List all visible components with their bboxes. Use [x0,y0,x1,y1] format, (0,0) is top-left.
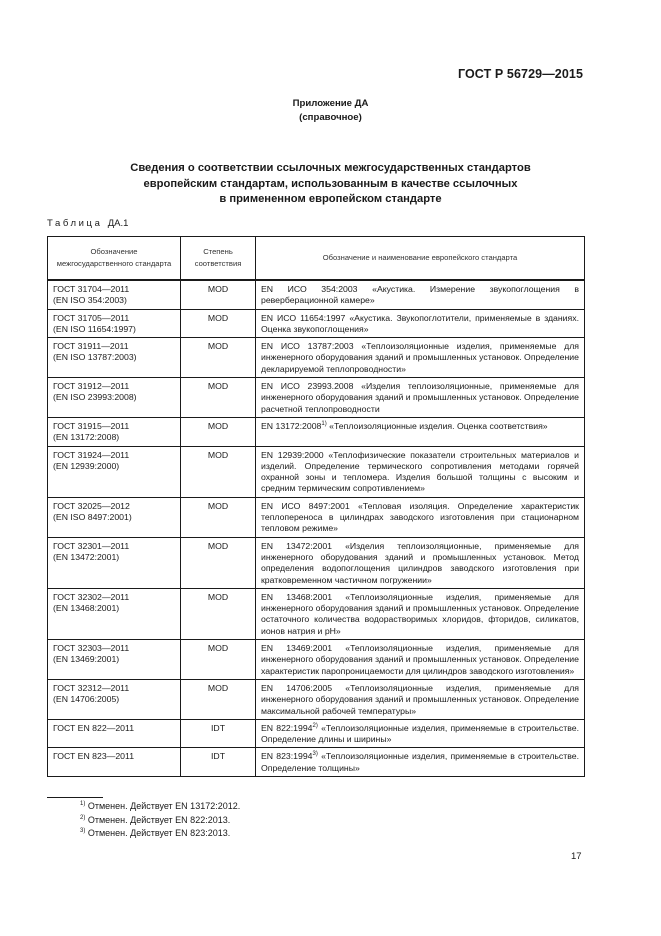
annex-heading: Приложение ДА (справочное) [0,97,661,125]
table-row: ГОСТ 32303—2011(EN 13469:2001)MODEN 1346… [48,640,585,680]
eu-standard-code: EN ИСО 354:2003 [261,284,358,294]
european-standard-cell: EN ИСО 13787:2003 «Теплоизоляционные изд… [256,338,585,378]
footnote-reference: 2) [313,723,318,729]
eu-standard-code: EN 13472:2001 [261,541,332,551]
annex-title: Приложение ДА [0,97,661,111]
table-row: ГОСТ 31924—2011(EN 12939:2000)MODEN 1293… [48,446,585,497]
section-title-line: в примененном европейском стандарте [0,192,661,208]
european-standard-cell: EN 13172:20081) «Теплоизоляционные издел… [256,417,585,446]
footnotes: 1) Отменен. Действует EN 13172:2012.2) О… [80,800,240,841]
eu-standard-code: EN 12939:2000 [261,450,324,460]
standard-reference: (EN 13472:2001) [53,552,175,563]
european-standard-cell: EN ИСО 8497:2001 «Тепловая изоляция. Опр… [256,497,585,537]
table-row: ГОСТ 31705—2011(EN ISO 11654:1997)MODEN … [48,309,585,338]
eu-standard-code: EN 823:1994 [261,751,313,761]
standard-designation: ГОСТ 31915—2011 [53,421,175,432]
footnote: 1) Отменен. Действует EN 13172:2012. [80,800,240,814]
standard-reference: (EN 14706:2005) [53,694,175,705]
eu-standard-code: EN ИСО 23993.2008 [261,381,353,391]
standard-designation: ГОСТ 31924—2011 [53,450,175,461]
degree-cell: MOD [181,446,256,497]
interstate-standard-cell: ГОСТ EN 823—2011 [48,748,181,777]
standards-correspondence-table: Обозначение межгосударственного стандарт… [47,236,585,777]
european-standard-cell: EN 823:19943) «Теплоизоляционные изделия… [256,748,585,777]
standard-reference: (EN ISO 13787:2003) [53,352,175,363]
eu-standard-code: EN 13469:2001 [261,643,332,653]
page-number: 17 [571,851,582,862]
degree-cell: MOD [181,537,256,588]
eu-standard-code: EN ИСО 13787:2003 [261,341,354,351]
table-row: ГОСТ 32302—2011(EN 13468:2001)MODEN 1346… [48,588,585,639]
standard-designation: ГОСТ 32303—2011 [53,643,175,654]
table-row: ГОСТ EN 822—2011IDTEN 822:19942) «Теплои… [48,719,585,748]
interstate-standard-cell: ГОСТ 32302—2011(EN 13468:2001) [48,588,181,639]
eu-standard-title: «Теплоизоляционные изделия. Оценка соотв… [329,421,547,431]
standard-designation: ГОСТ 32301—2011 [53,541,175,552]
eu-standard-code: EN 822:1994 [261,723,313,733]
european-standard-cell: EN ИСО 11654:1997 «Акустика. Звукопоглот… [256,309,585,338]
standard-reference: (EN 13469:2001) [53,654,175,665]
standard-reference: (EN ISO 11654:1997) [53,324,175,335]
standard-designation: ГОСТ 31911—2011 [53,341,175,352]
interstate-standard-cell: ГОСТ 31912—2011(EN ISO 23993:2008) [48,378,181,418]
footnote: 3) Отменен. Действует EN 823:2013. [80,827,240,841]
eu-standard-code: EN ИСО 11654:1997 [261,313,345,323]
table-row: ГОСТ EN 823—2011IDTEN 823:19943) «Теплои… [48,748,585,777]
standard-designation: ГОСТ EN 822—2011 [53,723,175,734]
footnote-text: Отменен. Действует EN 822:2013. [88,815,230,825]
document-code: ГОСТ Р 56729—2015 [458,67,583,81]
eu-standard-code: EN ИСО 8497:2001 [261,501,350,511]
standard-designation: ГОСТ 31912—2011 [53,381,175,392]
table-caption-label: Таблица [47,218,102,229]
footnote-text: Отменен. Действует EN 823:2013. [88,828,230,838]
table-header-row: Обозначение межгосударственного стандарт… [48,237,585,281]
standard-reference: (EN 12939:2000) [53,461,175,472]
footnote-reference: 3) [313,751,318,757]
degree-cell: MOD [181,417,256,446]
european-standard-cell: EN 13472:2001 «Изделия теплоизоляционные… [256,537,585,588]
footnote-divider [47,797,103,798]
header-european-standard: Обозначение и наименование европейского … [256,237,585,281]
table-caption: Таблица ДА.1 [47,218,128,229]
standard-reference: (EN 13468:2001) [53,603,175,614]
interstate-standard-cell: ГОСТ 32025—2012(EN ISO 8497:2001) [48,497,181,537]
table-row: ГОСТ 31704—2011(EN ISO 354:2003)MODEN ИС… [48,280,585,309]
standard-designation: ГОСТ 32302—2011 [53,592,175,603]
table-row: ГОСТ 32312—2011(EN 14706:2005)MODEN 1470… [48,679,585,719]
interstate-standard-cell: ГОСТ EN 822—2011 [48,719,181,748]
section-title-line: Сведения о соответствии ссылочных межгос… [0,161,661,177]
footnote-mark: 3) [80,828,85,834]
european-standard-cell: EN 13469:2001 «Теплоизоляционные изделия… [256,640,585,680]
standard-designation: ГОСТ 31705—2011 [53,313,175,324]
degree-cell: IDT [181,719,256,748]
interstate-standard-cell: ГОСТ 31705—2011(EN ISO 11654:1997) [48,309,181,338]
table-caption-number: ДА.1 [108,218,129,229]
interstate-standard-cell: ГОСТ 32303—2011(EN 13469:2001) [48,640,181,680]
european-standard-cell: EN ИСО 354:2003 «Акустика. Измерение зву… [256,280,585,309]
interstate-standard-cell: ГОСТ 31704—2011(EN ISO 354:2003) [48,280,181,309]
standard-designation: ГОСТ 32025—2012 [53,501,175,512]
standard-reference: (EN 13172:2008) [53,432,175,443]
eu-standard-code: EN 13172:2008 [261,421,321,431]
table-row: ГОСТ 31915—2011(EN 13172:2008)MODEN 1317… [48,417,585,446]
european-standard-cell: EN 822:19942) «Теплоизоляционные изделия… [256,719,585,748]
european-standard-cell: EN 14706:2005 «Теплоизоляционные изделия… [256,679,585,719]
degree-cell: MOD [181,497,256,537]
interstate-standard-cell: ГОСТ 32301—2011(EN 13472:2001) [48,537,181,588]
table-row: ГОСТ 32301—2011(EN 13472:2001)MODEN 1347… [48,537,585,588]
degree-cell: IDT [181,748,256,777]
footnote-reference: 1) [321,421,326,427]
section-title: Сведения о соответствии ссылочных межгос… [0,161,661,208]
european-standard-cell: EN ИСО 23993.2008 «Изделия теплоизоляцио… [256,378,585,418]
eu-standard-code: EN 14706:2005 [261,683,332,693]
interstate-standard-cell: ГОСТ 32312—2011(EN 14706:2005) [48,679,181,719]
interstate-standard-cell: ГОСТ 31915—2011(EN 13172:2008) [48,417,181,446]
standard-reference: (EN ISO 23993:2008) [53,392,175,403]
header-degree: Степень соответствия [181,237,256,281]
standard-designation: ГОСТ EN 823—2011 [53,751,175,762]
table-row: ГОСТ 31912—2011(EN ISO 23993:2008)MODEN … [48,378,585,418]
header-interstate-standard: Обозначение межгосударственного стандарт… [48,237,181,281]
section-title-line: европейским стандартам, использованным в… [0,177,661,193]
degree-cell: MOD [181,640,256,680]
table-row: ГОСТ 32025—2012(EN ISO 8497:2001)MODEN И… [48,497,585,537]
footnote-mark: 1) [80,801,85,807]
interstate-standard-cell: ГОСТ 31924—2011(EN 12939:2000) [48,446,181,497]
interstate-standard-cell: ГОСТ 31911—2011(EN ISO 13787:2003) [48,338,181,378]
table-row: ГОСТ 31911—2011(EN ISO 13787:2003)MODEN … [48,338,585,378]
european-standard-cell: EN 12939:2000 «Теплофизические показател… [256,446,585,497]
eu-standard-code: EN 13468:2001 [261,592,332,602]
standard-designation: ГОСТ 32312—2011 [53,683,175,694]
degree-cell: MOD [181,338,256,378]
degree-cell: MOD [181,280,256,309]
degree-cell: MOD [181,588,256,639]
degree-cell: MOD [181,679,256,719]
degree-cell: MOD [181,309,256,338]
degree-cell: MOD [181,378,256,418]
standard-reference: (EN ISO 8497:2001) [53,512,175,523]
annex-kind: (справочное) [0,111,661,125]
table-body: ГОСТ 31704—2011(EN ISO 354:2003)MODEN ИС… [48,280,585,776]
standard-designation: ГОСТ 31704—2011 [53,284,175,295]
footnote-mark: 2) [80,815,85,821]
european-standard-cell: EN 13468:2001 «Теплоизоляционные изделия… [256,588,585,639]
footnote-text: Отменен. Действует EN 13172:2012. [88,801,240,811]
standard-reference: (EN ISO 354:2003) [53,295,175,306]
footnote: 2) Отменен. Действует EN 822:2013. [80,814,240,828]
